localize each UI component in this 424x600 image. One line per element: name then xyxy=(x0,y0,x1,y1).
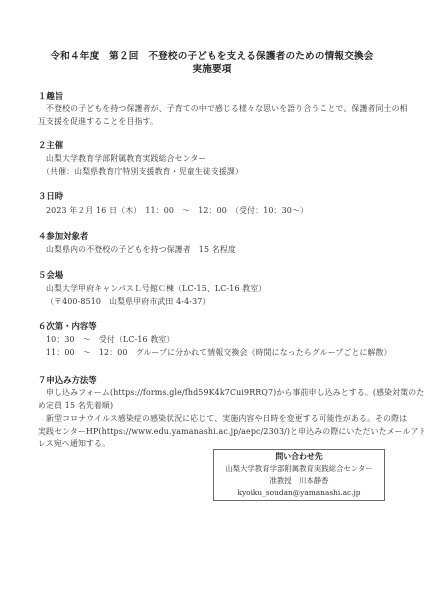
contact-email: kyoiku_soudan@yamanashi.ac.jp xyxy=(214,488,384,498)
section-heading: ３日時 xyxy=(38,191,63,202)
section-text: 実践センターHP(https://www.edu.yamanashi.ac.jp… xyxy=(38,426,424,437)
document-title: 令和４年度 第２回 不登校の子どもを支える保護者のための情報交換会 xyxy=(0,51,424,63)
contact-title: 問い合わせ先 xyxy=(214,452,384,462)
section-text: レス宛へ通知する。 xyxy=(38,438,110,449)
document-page: 令和４年度 第２回 不登校の子どもを支える保護者のための情報交換会 実施要項 １… xyxy=(0,0,424,600)
section-heading: １趣旨 xyxy=(38,91,63,102)
section-heading: ２主催 xyxy=(38,140,63,151)
section-heading: ６次第・内容等 xyxy=(38,321,97,332)
section-text: （〒400-8510 山梨県甲府市武田 4-4-37） xyxy=(46,296,210,307)
section-text: め定員 15 名先着順) xyxy=(38,400,113,411)
document-subtitle: 実施要項 xyxy=(0,64,424,76)
section-text: 11：00 〜 12：00 グループに分かれて情報交換会（時間になったらグループ… xyxy=(46,347,392,358)
section-text: 山梨大学甲府キャンパスＬ号館Ｃ棟（LC-15、LC-16 教室） xyxy=(46,283,266,294)
contact-organization: 山梨大学教育学部附属教育実践総合センター xyxy=(214,464,384,474)
section-text: 互支援を促進することを目指す。 xyxy=(38,116,158,127)
section-heading: ４参加対象者 xyxy=(38,231,88,242)
section-text: 山梨県内の不登校の子どもを持つ保護者 15 名程度 xyxy=(46,244,236,255)
section-text: 不登校の子どもを持つ保護者が、子育ての中で感じる様々な思いを語り合うことで、保護… xyxy=(38,103,408,114)
section-text: （共催：山梨県教育庁特別支援教育・児童生徒支援課） xyxy=(42,166,243,177)
section-text: 新型コロナウイルス感染症の感染状況に応じて、実施内容や日時を変更する可能性がある… xyxy=(38,413,407,424)
section-text: 申し込みフォーム(https://forms.gle/fhd59K4k7Cui9… xyxy=(38,387,424,398)
section-text: 山梨大学教育学部附属教育実践総合センター xyxy=(46,153,207,164)
section-heading: ７申込み方法等 xyxy=(38,375,97,386)
section-heading: ５会場 xyxy=(38,270,63,281)
section-text: 2023 年２月 16 日（木） 11：00 〜 12：00 （受付：10：30… xyxy=(46,205,308,216)
section-text: 10：30 〜 受付（LC-16 教室） xyxy=(46,334,174,345)
contact-box: 問い合わせ先 山梨大学教育学部附属教育実践総合センター 准教授 川本静香 kyo… xyxy=(213,449,385,501)
contact-person: 准教授 川本静香 xyxy=(214,476,384,486)
